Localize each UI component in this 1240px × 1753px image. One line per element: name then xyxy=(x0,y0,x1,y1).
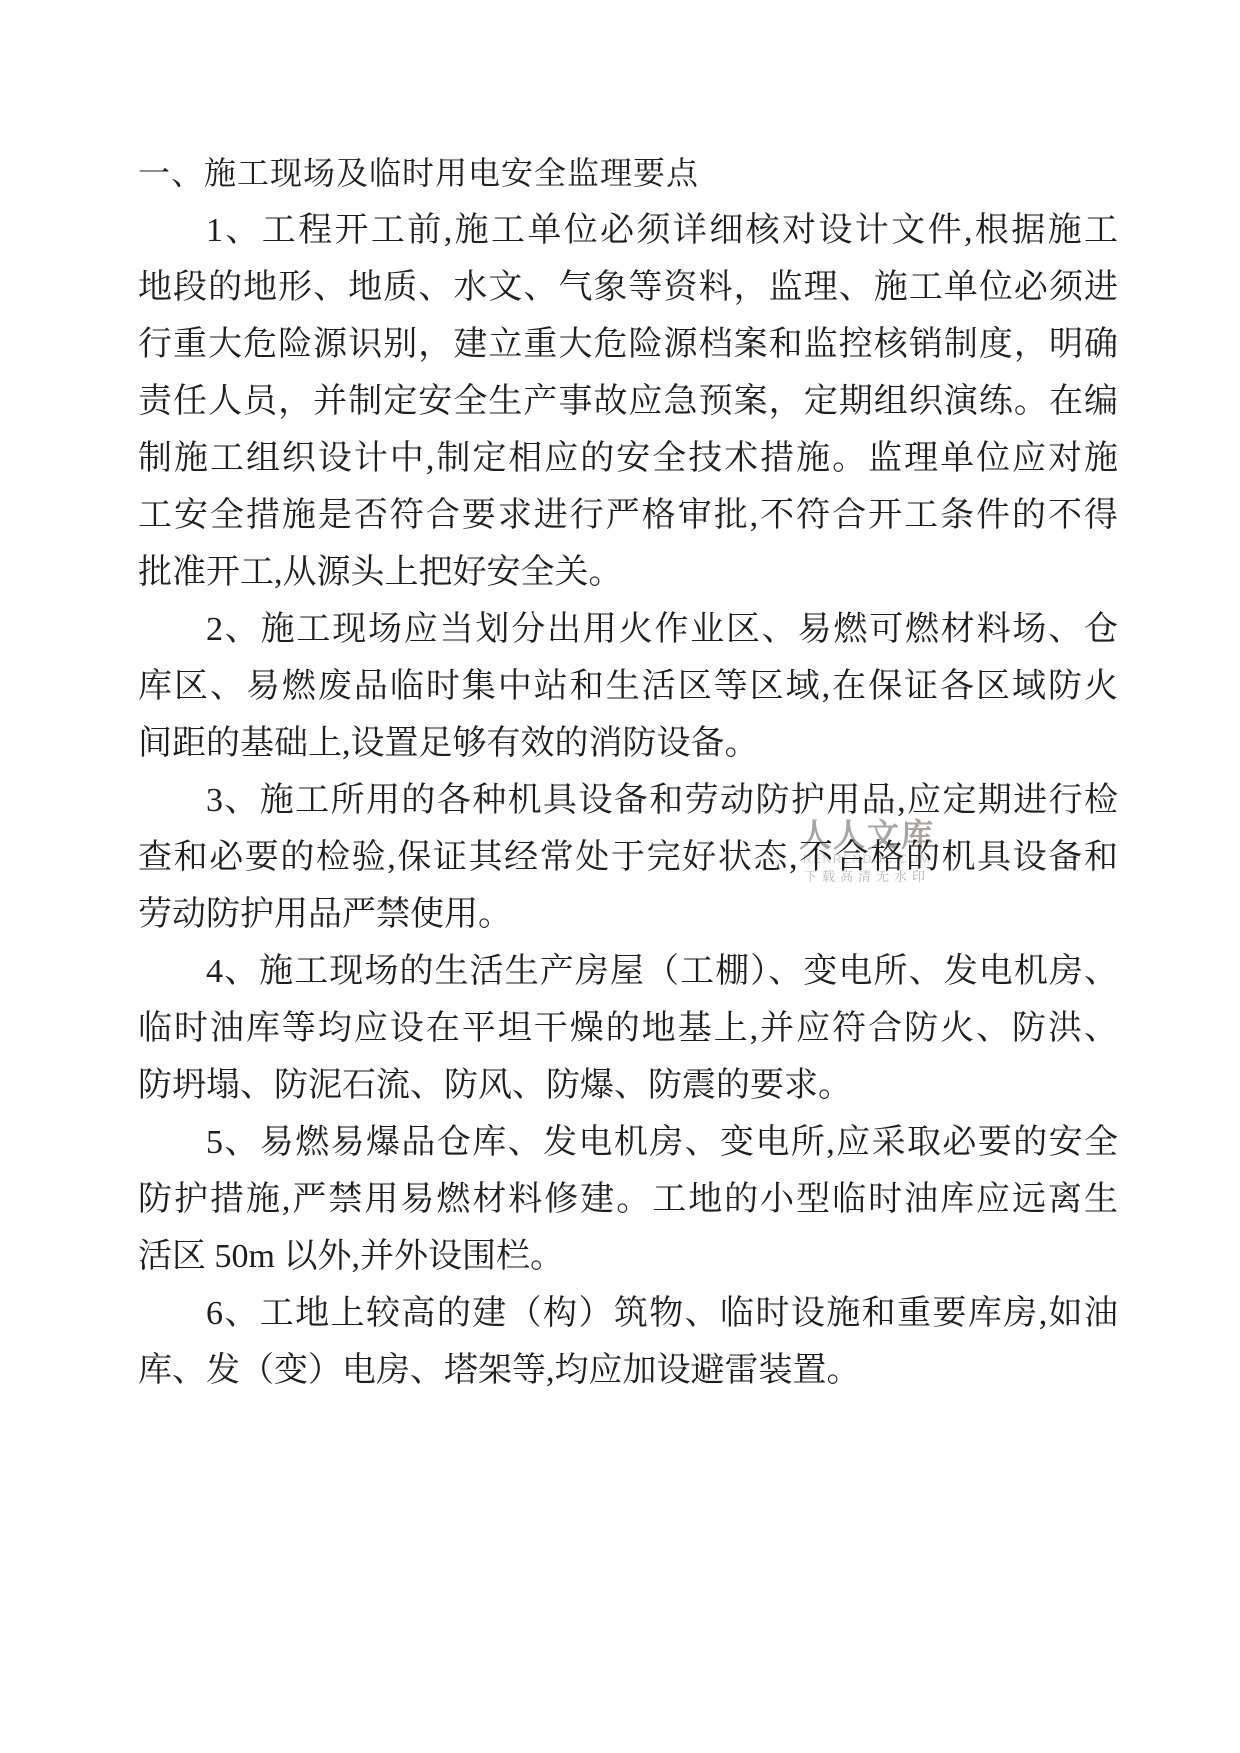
document-line: 库区、易燃废品临时集中站和生活区等区域,在保证各区域防火 xyxy=(138,658,1118,715)
document-line: 活区 50m 以外,并外设围栏。 xyxy=(138,1228,1118,1285)
document-body: 1、工程开工前,施工单位必须详细核对设计文件,根据施工地段的地形、地质、水文、气… xyxy=(138,202,1118,1399)
document-line: 制施工组织设计中,制定相应的安全技术措施。监理单位应对施 xyxy=(138,430,1118,487)
document-line: 地段的地形、地质、水文、气象等资料，监理、施工单位必须进 xyxy=(138,259,1118,316)
document-line: 防坍塌、防泥石流、防风、防爆、防震的要求。 xyxy=(138,1057,1118,1114)
document-line: 6、工地上较高的建（构）筑物、临时设施和重要库房,如油 xyxy=(138,1285,1118,1342)
document-page: 人人文库 RENRENDOC.COM 下载高清无水印 一、施工现场及临时用电安全… xyxy=(0,0,1240,1753)
document-line: 劳动防护用品严禁使用。 xyxy=(138,886,1118,943)
document-line: 间距的基础上,设置足够有效的消防设备。 xyxy=(138,715,1118,772)
document-line: 4、施工现场的生活生产房屋（工棚）、变电所、发电机房、 xyxy=(138,943,1118,1000)
document-line: 3、施工所用的各种机具设备和劳动防护用品,应定期进行检 xyxy=(138,772,1118,829)
document-line: 临时油库等均应设在平坦干燥的地基上,并应符合防火、防洪、 xyxy=(138,1000,1118,1057)
document-line: 5、易燃易爆品仓库、发电机房、变电所,应采取必要的安全 xyxy=(138,1114,1118,1171)
document-heading: 一、施工现场及临时用电安全监理要点 xyxy=(138,145,1118,202)
document-line: 1、工程开工前,施工单位必须详细核对设计文件,根据施工 xyxy=(138,202,1118,259)
document-line: 2、施工现场应当划分出用火作业区、易燃可燃材料场、仓 xyxy=(138,601,1118,658)
document-content: 一、施工现场及临时用电安全监理要点 1、工程开工前,施工单位必须详细核对设计文件… xyxy=(0,0,1240,1399)
document-line: 查和必要的检验,保证其经常处于完好状态,不合格的机具设备和 xyxy=(138,829,1118,886)
document-line: 批准开工,从源头上把好安全关。 xyxy=(138,544,1118,601)
document-line: 防护措施,严禁用易燃材料修建。工地的小型临时油库应远离生 xyxy=(138,1171,1118,1228)
document-line: 行重大危险源识别，建立重大危险源档案和监控核销制度，明确 xyxy=(138,316,1118,373)
document-line: 责任人员，并制定安全生产事故应急预案，定期组织演练。在编 xyxy=(138,373,1118,430)
document-line: 工安全措施是否符合要求进行严格审批,不符合开工条件的不得 xyxy=(138,487,1118,544)
document-line: 库、发（变）电房、塔架等,均应加设避雷装置。 xyxy=(138,1342,1118,1399)
